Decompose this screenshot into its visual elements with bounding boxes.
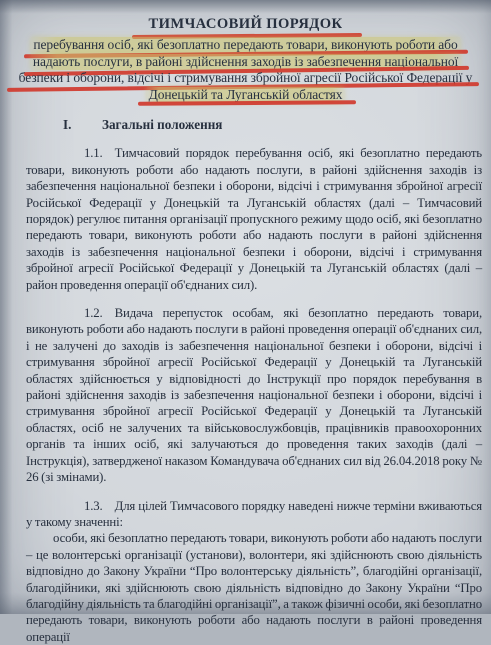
title-block: ТИМЧАСОВИЙ ПОРЯДОК перебування осіб, які… (0, 13, 491, 103)
document-title-line: ТИМЧАСОВИЙ ПОРЯДОК (0, 13, 491, 35)
document-page: ТИМЧАСОВИЙ ПОРЯДОК перебування осіб, які… (0, 0, 491, 614)
paragraph-text: Тимчасовий порядок перебування осіб, які… (26, 146, 482, 291)
subtitle-line-3: безпеки і оборони, відсічі і стримування… (17, 70, 475, 87)
paragraph-1-2: 1.2.Видача перепусток особам, які безопл… (26, 305, 482, 485)
photo-background: ТИМЧАСОВИЙ ПОРЯДОК перебування осіб, які… (0, 0, 491, 614)
subtitle-line-1: перебування осіб, які безоплатно передаю… (31, 37, 459, 54)
document-body: 1.1.Тимчасовий порядок перебування осіб,… (0, 145, 491, 614)
paragraph-definition: особи, які безоплатно передають товари, … (26, 530, 482, 614)
subtitle-line-2: надають послуги, в районі здійснення зах… (31, 54, 460, 71)
paragraph-text: Видача перепусток особам, які безоплатно… (26, 306, 482, 484)
paragraph-number: 1.2. (84, 306, 103, 320)
paragraph-1-1: 1.1.Тимчасовий порядок перебування осіб,… (26, 145, 482, 293)
paragraph-text: особи, які безоплатно передають товари, … (26, 531, 482, 614)
document-screenshot-root: { "document": { "title": "ТИМЧАСОВИЙ ПОР… (0, 0, 491, 614)
subtitle-line: надають послуги, в районі здійснення зах… (0, 54, 491, 71)
section-heading: I. Загальні положення (63, 116, 491, 133)
subtitle-line-4: Донецькій та Луганській областях (147, 87, 345, 104)
document-title: ТИМЧАСОВИЙ ПОРЯДОК (147, 14, 345, 35)
paragraph-number: 1.1. (84, 146, 103, 160)
paragraph-number: 1.3. (84, 499, 103, 513)
section-title: Загальні положення (102, 116, 222, 133)
subtitle-line: перебування осіб, які безоплатно передаю… (0, 37, 491, 54)
subtitle-line: безпеки і оборони, відсічі і стримування… (0, 70, 491, 87)
section-number: I. (63, 116, 102, 133)
paragraph-1-3: 1.3.Для цілей Тимчасового порядку наведе… (26, 498, 482, 531)
